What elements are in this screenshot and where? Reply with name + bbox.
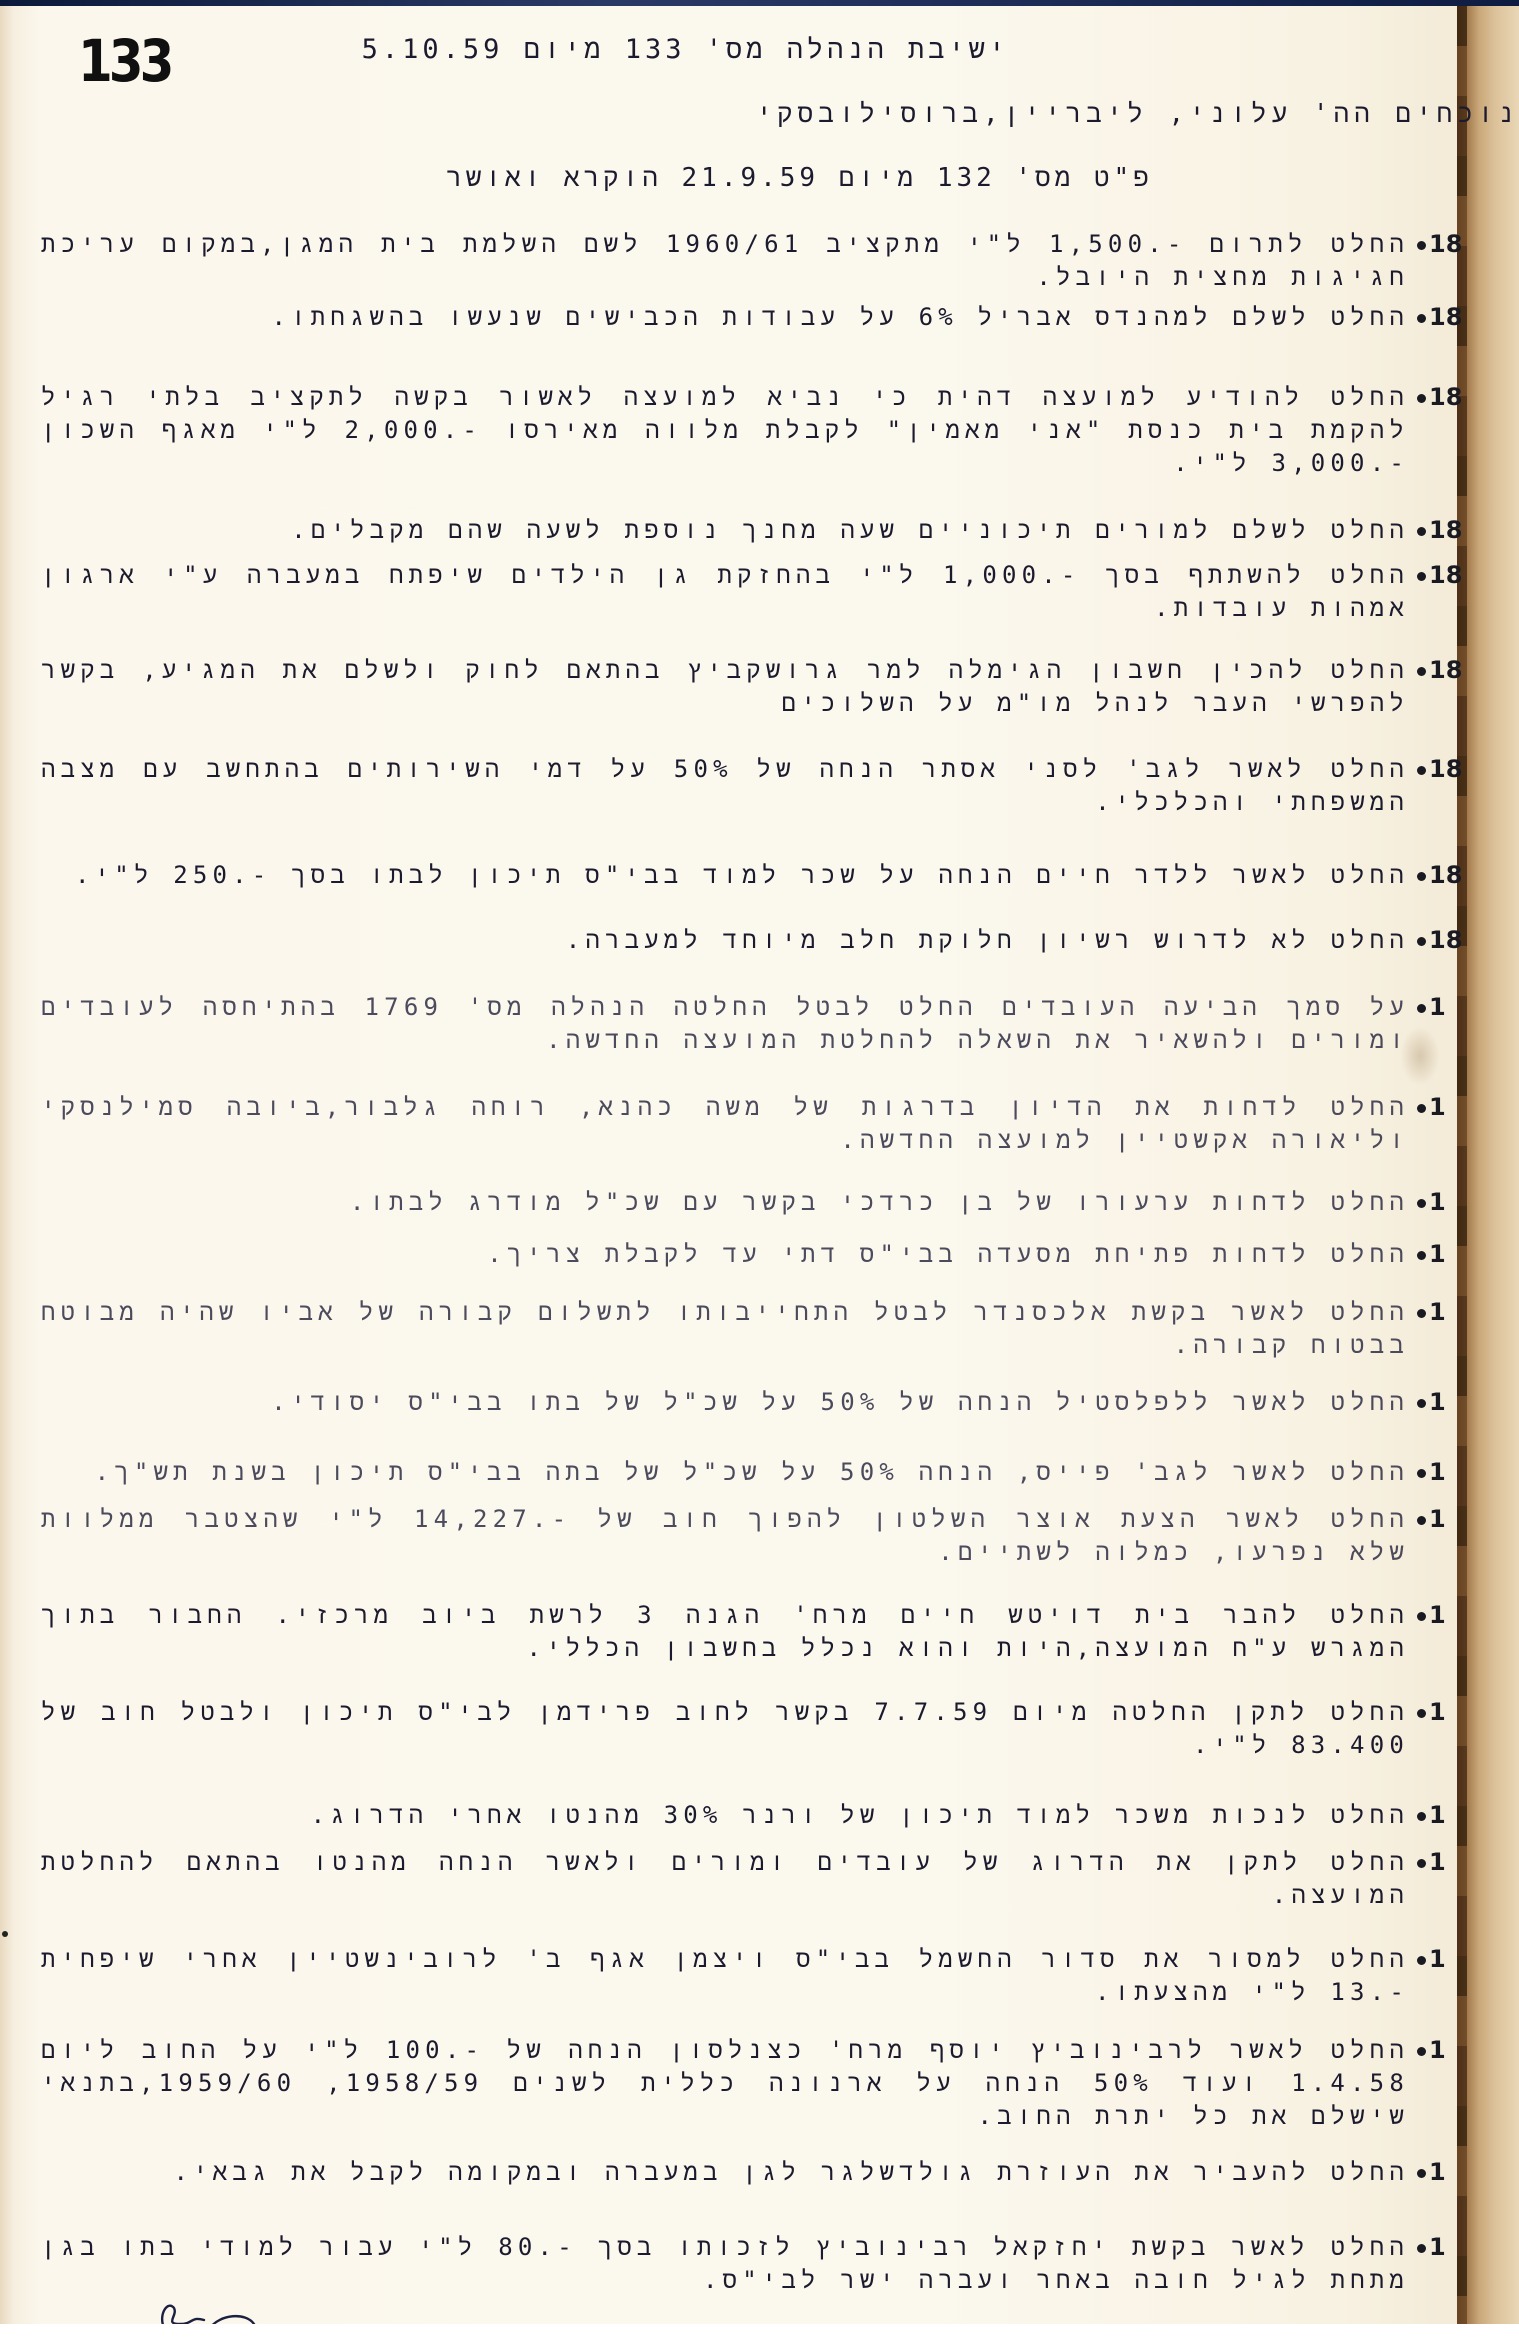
bullet-dot-icon: [1417, 1251, 1426, 1260]
decision-number: 18: [1417, 381, 1461, 480]
decision-item: 18החלט להשתתף בסך -.1,000 ל"י בהחזקת גן …: [41, 559, 1461, 625]
decision-text: החלט לאשר לגב' פייס, הנחה 50% על שכ"ל של…: [41, 1456, 1417, 1489]
decision-number: 18: [1417, 924, 1461, 957]
decision-item: 1החלט לתקן את הדרוג של עובדים ומורים ולא…: [41, 1846, 1461, 1912]
decision-number: 1: [1417, 2231, 1461, 2297]
bullet-dot-icon: [1417, 1309, 1426, 1318]
decision-number-text: 18: [1429, 861, 1461, 889]
decisions-list: 18החלט לתרום -.1,500 ל"י מתקציב 1960/61 …: [0, 6, 1519, 2324]
decision-text: החלט לתקן את הדרוג של עובדים ומורים ולאש…: [41, 1846, 1417, 1912]
decision-number-text: 1: [1429, 1698, 1446, 1726]
decision-text: החלט לאשר ללדר חיים הנחה על שכר למוד בבי…: [41, 859, 1417, 892]
decision-number: 18: [1417, 514, 1461, 547]
decision-number-text: 1: [1429, 1240, 1446, 1268]
decision-item: 1החלט לדחות את הדיון בדרגות של משה כהנא,…: [41, 1091, 1461, 1157]
decision-text: החלט לאשר הצעת אוצר השלטון להפוך חוב של …: [41, 1503, 1417, 1569]
decision-number: 1: [1417, 1943, 1461, 2009]
decision-number-text: 1: [1429, 993, 1446, 1021]
bullet-dot-icon: [1417, 1399, 1426, 1408]
decision-item: 1החלט לאשר ללפלסטיל הנחה של 50% על שכ"ל …: [41, 1386, 1461, 1419]
bullet-dot-icon: [1417, 2244, 1426, 2253]
decision-number-text: 1: [1429, 2036, 1446, 2064]
decision-number-text: 1: [1429, 2158, 1446, 2186]
decision-text: החלט לשלם למורים תיכוניים שעה מחנך נוספת…: [41, 514, 1417, 547]
decision-number-text: 18: [1429, 656, 1461, 684]
bullet-dot-icon: [1417, 667, 1426, 676]
decision-text: החלט לתקן החלטה מיום 7.7.59 בקשר לחוב פר…: [41, 1696, 1417, 1762]
decision-text: החלט לא לדרוש רשיון חלוקת חלב מיוחד למעב…: [41, 924, 1417, 957]
decision-text: החלט לדחות את הדיון בדרגות של משה כהנא, …: [41, 1091, 1417, 1157]
decision-number: 1: [1417, 1296, 1461, 1362]
handwritten-signature: [150, 2294, 310, 2324]
decision-number: 1: [1417, 991, 1461, 1057]
decision-text: החלט להכין חשבון הגימלה למר גרושקביץ בהת…: [41, 654, 1417, 720]
decision-item: 1על סמך הביעה העובדים החלט לבטל החלטה הנ…: [41, 991, 1461, 1057]
decision-text: החלט לתרום -.1,500 ל"י מתקציב 1960/61 לש…: [41, 228, 1417, 294]
bullet-dot-icon: [1417, 1612, 1426, 1621]
decision-item: 1החלט לאשר לרבינוביץ יוסף מרח' כצנלסון ה…: [41, 2034, 1461, 2133]
bullet-dot-icon: [1417, 1709, 1426, 1718]
bullet-dot-icon: [1417, 1104, 1426, 1113]
bullet-dot-icon: [1417, 766, 1426, 775]
decision-number: 1: [1417, 1386, 1461, 1419]
decision-text: החלט למסור את סדור החשמל בבי"ס ויצמן אגף…: [41, 1943, 1417, 2009]
decision-number-text: 1: [1429, 1601, 1446, 1629]
scan-bottom-margin: [0, 2324, 1519, 2337]
decision-number-text: 18: [1429, 383, 1461, 411]
decision-number-text: 1: [1429, 1505, 1446, 1533]
decision-item: 1החלט לדחות ערעורו של בן כרדכי בקשר עם ש…: [41, 1186, 1461, 1219]
decision-number: 1: [1417, 2034, 1461, 2133]
decision-item: 1החלט לדחות פתיחת מסעדה בבי"ס דתי עד לקב…: [41, 1238, 1461, 1271]
decision-text: החלט לאשר ללפלסטיל הנחה של 50% על שכ"ל ש…: [41, 1386, 1417, 1419]
decision-number-text: 1: [1429, 2233, 1446, 2261]
decision-number-text: 1: [1429, 1801, 1446, 1829]
decision-text: החלט לאשר בקשת יחזקאל רבינוביץ לזכותו בס…: [41, 2231, 1417, 2297]
decision-number-text: 18: [1429, 926, 1461, 954]
decision-text: החלט לדחות פתיחת מסעדה בבי"ס דתי עד לקבל…: [41, 1238, 1417, 1271]
decision-number-text: 18: [1429, 755, 1461, 783]
bullet-dot-icon: [1417, 572, 1426, 581]
decision-item: 1החלט להעביר את העוזרת גולדשלגר לגן במעב…: [41, 2156, 1461, 2189]
decision-number: 18: [1417, 559, 1461, 625]
bullet-dot-icon: [1417, 394, 1426, 403]
decision-number-text: 1: [1429, 1388, 1446, 1416]
decision-item: 1החלט לאשר הצעת אוצר השלטון להפוך חוב של…: [41, 1503, 1461, 1569]
decision-item: 1החלט לאשר לגב' פייס, הנחה 50% על שכ"ל ש…: [41, 1456, 1461, 1489]
decision-text: החלט לדחות ערעורו של בן כרדכי בקשר עם שכ…: [41, 1186, 1417, 1219]
bullet-dot-icon: [1417, 241, 1426, 250]
decision-item: 18החלט לאשר לגב' לסני אסתר הנחה של 50% ע…: [41, 753, 1461, 819]
decision-text: החלט להעביר את העוזרת גולדשלגר לגן במעבר…: [41, 2156, 1417, 2189]
decision-number: 1: [1417, 1696, 1461, 1762]
decision-number: 18: [1417, 301, 1461, 334]
bullet-dot-icon: [1417, 2047, 1426, 2056]
decision-text: החלט לאשר לגב' לסני אסתר הנחה של 50% על …: [41, 753, 1417, 819]
decision-number-text: 18: [1429, 516, 1461, 544]
decision-item: 1החלט להבר בית דויטש חיים מרח' הגנה 3 לר…: [41, 1599, 1461, 1665]
decision-item: 1החלט לאשר בקשת אלכסנדר לבטל התחייבותו ל…: [41, 1296, 1461, 1362]
decision-number: 1: [1417, 1599, 1461, 1665]
bullet-dot-icon: [1417, 872, 1426, 881]
decision-number: 18: [1417, 228, 1461, 294]
decision-number-text: 1: [1429, 1458, 1446, 1486]
bullet-dot-icon: [1417, 2169, 1426, 2178]
decision-number-text: 1: [1429, 1093, 1446, 1121]
decision-number-text: 18: [1429, 230, 1461, 258]
decision-number: 1: [1417, 1186, 1461, 1219]
decision-number: 1: [1417, 2156, 1461, 2189]
bullet-dot-icon: [1417, 1199, 1426, 1208]
decision-item: 1החלט למסור את סדור החשמל בבי"ס ויצמן אג…: [41, 1943, 1461, 2009]
decision-number-text: 1: [1429, 1848, 1446, 1876]
decision-number-text: 1: [1429, 1945, 1446, 1973]
decision-text: החלט להבר בית דויטש חיים מרח' הגנה 3 לרש…: [41, 1599, 1417, 1665]
decision-item: 18החלט לשלם למורים תיכוניים שעה מחנך נוס…: [41, 514, 1461, 547]
decision-number: 1: [1417, 1846, 1461, 1912]
bullet-dot-icon: [1417, 1812, 1426, 1821]
bullet-dot-icon: [1417, 1469, 1426, 1478]
decision-number: 18: [1417, 753, 1461, 819]
decision-number-text: 1: [1429, 1298, 1446, 1326]
decision-number: 18: [1417, 859, 1461, 892]
decision-item: 1החלט לנכות משכר למוד תיכון של ורנר 30% …: [41, 1799, 1461, 1832]
decision-item: 18החלט לא לדרוש רשיון חלוקת חלב מיוחד למ…: [41, 924, 1461, 957]
decision-number: 1: [1417, 1799, 1461, 1832]
decision-item: 18החלט לאשר ללדר חיים הנחה על שכר למוד ב…: [41, 859, 1461, 892]
decision-number-text: 1: [1429, 1188, 1446, 1216]
decision-text: החלט להודיע למועצה דהית כי נביא למועצה ל…: [41, 381, 1417, 480]
bullet-dot-icon: [1417, 314, 1426, 323]
bullet-dot-icon: [1417, 1004, 1426, 1013]
decision-text: על סמך הביעה העובדים החלט לבטל החלטה הנה…: [41, 991, 1417, 1057]
decision-number: 1: [1417, 1503, 1461, 1569]
decision-number: 1: [1417, 1238, 1461, 1271]
decision-text: החלט להשתתף בסך -.1,000 ל"י בהחזקת גן הי…: [41, 559, 1417, 625]
decision-text: החלט לאשר בקשת אלכסנדר לבטל התחייבותו לת…: [41, 1296, 1417, 1362]
decision-item: 18החלט לתרום -.1,500 ל"י מתקציב 1960/61 …: [41, 228, 1461, 294]
bullet-dot-icon: [1417, 1516, 1426, 1525]
document-page: 133 ישיבת הנהלה מס' 133 מיום 5.10.59 נוכ…: [0, 6, 1519, 2324]
decision-item: 18החלט להכין חשבון הגימלה למר גרושקביץ ב…: [41, 654, 1461, 720]
decision-item: 18החלט להודיע למועצה דהית כי נביא למועצה…: [41, 381, 1461, 480]
decision-text: החלט לשלם למהנדס אבריל 6% על עבודות הכבי…: [41, 301, 1417, 334]
decision-number: 1: [1417, 1456, 1461, 1489]
bullet-dot-icon: [1417, 1956, 1426, 1965]
decision-number: 18: [1417, 654, 1461, 720]
decision-number-text: 18: [1429, 303, 1461, 331]
decision-number-text: 18: [1429, 561, 1461, 589]
bullet-dot-icon: [1417, 1859, 1426, 1868]
decision-text: החלט לאשר לרבינוביץ יוסף מרח' כצנלסון הנ…: [41, 2034, 1417, 2133]
bullet-dot-icon: [1417, 527, 1426, 536]
bullet-dot-icon: [1417, 937, 1426, 946]
decision-text: החלט לנכות משכר למוד תיכון של ורנר 30% מ…: [41, 1799, 1417, 1832]
decision-number: 1: [1417, 1091, 1461, 1157]
decision-item: 18החלט לשלם למהנדס אבריל 6% על עבודות הכ…: [41, 301, 1461, 334]
decision-item: 1החלט לאשר בקשת יחזקאל רבינוביץ לזכותו ב…: [41, 2231, 1461, 2297]
decision-item: 1החלט לתקן החלטה מיום 7.7.59 בקשר לחוב פ…: [41, 1696, 1461, 1762]
